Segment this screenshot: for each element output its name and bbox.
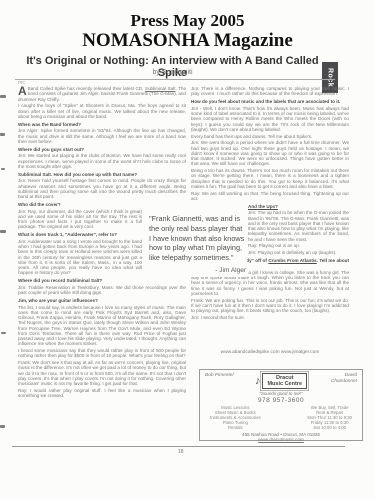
paragraph: I caught the boys of "Spike" at Shooters… [18,103,186,119]
interview-answer: Frank: We don't see it that way at all. … [18,360,186,386]
ad-info-list: We Buy, Sell, Trade Rent & Repair Mon-Th… [307,405,352,430]
intro-paragraph: ABand Called Spike has recently released… [18,86,186,102]
business-name-line2: Music Centre [267,381,302,387]
interview-answer: Jim: The up had to be when the G-man joi… [248,210,349,242]
business-name: DracutMusic Centre [262,373,307,389]
headline-divider [15,79,335,80]
interview-question: Subliminal Salt. How did you come up wit… [18,172,186,177]
magazine-title: NOMASONHA Magazine [0,30,375,51]
album-title: Subliminal Salt [145,86,176,91]
interviewer-comment: Every band has their ups and downs. Tell… [191,134,349,139]
ad-phone-number: 978 957-3600 [200,397,362,404]
scan-artifact [1,168,5,170]
interview-question: And the Ups? [248,204,349,209]
pull-quote: "Frank Giannetti, was and is the only re… [148,213,247,277]
interview-answer: Jim: We went though a period where we di… [191,140,349,166]
interview-answer: Jim Alger: Spike formed sometime in '93/… [18,128,186,144]
interview-question: Where did you record Subliminal Salt? [18,278,186,283]
interview-question: When was the Band formed? [18,122,186,127]
interview-question: Who did the cover? [18,202,142,207]
pull-quote-attribution: - Jim Alger [149,266,246,276]
ad-website: www.dracutmusic.com [200,437,362,442]
ad-contact-left: Bob Pimentel [205,373,241,379]
interview-answer: Jim: We started out playing in the clubs… [18,153,186,169]
magazine-page: Press May 2005 NOMASONHA Magazine It's O… [0,0,375,500]
drop-cap: A [18,86,27,96]
ad-contact-right: David Chandonnet [321,373,357,384]
scan-artifact [0,133,5,136]
interview-question: What is does track 1, "Aulderwater", ref… [18,232,142,237]
pull-quote-text: "Frank Giannetti, was and is the only re… [149,214,246,263]
interview-answer: Ray: I would rather play original stuff.… [18,388,186,399]
interview-question: How do you feel about music and the labe… [191,99,349,104]
interview-question: Where did you guys start out? [18,147,186,152]
ad-services-list: Music Lessons Sheet Music & Books Instru… [210,405,261,430]
intro-text: Band Called Spike has recently released … [28,86,145,91]
interview-answer: Jim: Playing out is definitely an up (la… [248,250,349,255]
ad-info-item: Sat 10:00 to 4:00 [307,425,352,430]
scan-artifact [1,332,6,334]
interview-answer: Jim: Aulderwater was a song I wrote and … [18,239,142,276]
interview-answer: Jim: There is a difference. Nothing comp… [191,86,349,97]
interview-answer: Jim: I second that for sure. [191,315,349,320]
interview-answer: Being a trio has its downs. There's not … [191,168,349,189]
interview-answer: Ray: Playing out is an up. [248,243,349,248]
interview-answer: Ray: We are still working on that. The b… [191,191,349,202]
article-byline: by Suadiggiti [15,69,330,76]
music-note-icon: ♪ [255,376,261,387]
interview-answer: Jim: Ray, our drummer, did the cover (wh… [18,209,142,230]
ad-slogan: "Sounds good to me!" [241,391,321,396]
interview-answer: Jim: Never hold yourself hostage first c… [18,178,186,199]
music-store-ad: Bob Pimentel ♪ DracutMusic Centre "Sound… [199,369,363,441]
interview-answer: Jim - Well, I don't know. That's how it'… [191,106,349,132]
footer-divider [12,446,345,447]
article-column-right: Jim: There is a difference. Nothing comp… [191,86,349,322]
scan-artifact [0,425,5,428]
interview-question: Jim, who are your guitar influences? [18,298,186,303]
page-number: 18 [178,449,184,455]
interview-answer: The list, I would say, is endless becaus… [18,305,186,347]
interview-answer: Jim: Trabbie Reservation in Tewksbury, M… [18,285,186,296]
scan-artifact [0,95,6,98]
interview-answer: Frank: We are poking fun. This is not ou… [191,298,349,314]
band-websites: www.abandcalledspike.com www.jimalger.co… [191,350,349,355]
press-date: Press May 2005 [0,11,375,30]
masthead: Press May 2005 NOMASONHA Magazine [0,11,375,51]
scan-artifact [0,230,6,233]
ad-service-item: Rentals [210,425,261,430]
interviewer-comment: I heard some musicians say that they wou… [18,348,186,359]
album-title: Crumbs From Atlantis [268,258,316,263]
